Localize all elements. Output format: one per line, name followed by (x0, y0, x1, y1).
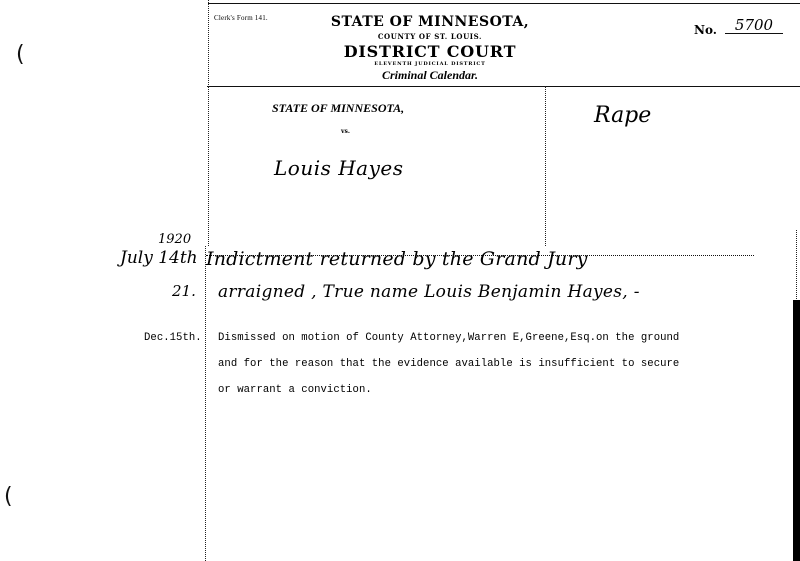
entry-year: 1920 (158, 232, 191, 247)
header-county: COUNTY OF ST. LOUIS. (330, 32, 530, 41)
entry-text: Indictment returned by the Grand Jury (206, 248, 588, 270)
caption-versus: vs. (341, 128, 350, 135)
caption-defendant: Louis Hayes (274, 156, 403, 180)
case-number-label: No. (694, 23, 717, 37)
entry-text-line: or warrant a conviction. (218, 384, 372, 396)
page-edge-shadow (793, 300, 800, 561)
header-state: STATE OF MINNESOTA, (330, 14, 530, 30)
caption-divider-rule (545, 86, 546, 246)
header-bottom-rule (207, 86, 800, 87)
margin-punch-mark: ( (16, 42, 25, 67)
entry-text-line: and for the reason that the evidence ava… (218, 358, 679, 370)
caption-plaintiff: STATE OF MINNESOTA, (272, 101, 404, 116)
entry-text: arraigned , True name Louis Benjamin Hay… (218, 282, 640, 302)
entry-date: 21. (172, 282, 196, 300)
left-margin-rule (208, 0, 209, 85)
entry-date: July 14th (120, 248, 198, 268)
margin-punch-mark: ( (4, 484, 13, 509)
header-court: DISTRICT COURT (330, 42, 530, 61)
entry-date: Dec.15th. (144, 332, 202, 344)
caption-charge: Rape (594, 103, 651, 128)
header-judicial-district: ELEVENTH JUDICIAL DISTRICT (330, 61, 530, 67)
top-rule (208, 3, 800, 4)
case-number-value: 5700 (725, 17, 783, 34)
header-calendar-title: Criminal Calendar. (330, 68, 530, 83)
entry-text-line: Dismissed on motion of County Attorney,W… (218, 332, 679, 344)
form-number: Clerk's Form 141. (214, 14, 268, 22)
caption-left-rule (208, 86, 209, 246)
date-column-rule (205, 246, 206, 561)
